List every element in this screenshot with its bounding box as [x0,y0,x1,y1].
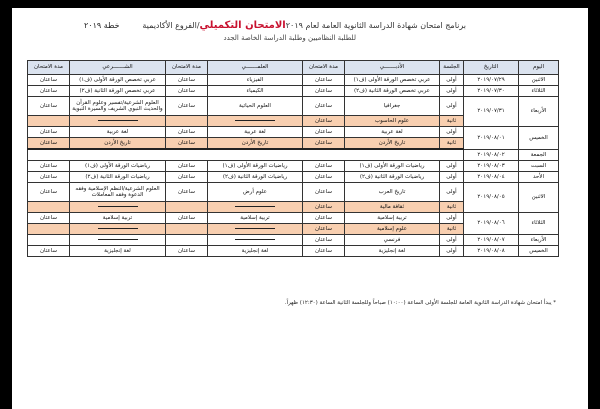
document-title: برنامج امتحان شهادة الدراسة الثانوية الع… [142,20,466,31]
cell-sharii: عربي تخصص الورقة الأولى (ف١) [70,75,166,86]
title-suffix: /الفروع الأكاديمية [142,21,199,30]
cell-sharii: العلوم الشرعية/النظم الإسلامية وفقه الدع… [70,183,166,202]
cell-session: أولى [440,246,464,257]
cell-ilmi-duration [166,224,208,235]
col-sharii-duration: مدة الامتحان [28,61,70,75]
col-adabi-duration: مدة الامتحان [303,61,345,75]
cell-session: أولى [440,235,464,246]
cell-ilmi: رياضيات الورقة الثانية (ف٢) [208,172,303,183]
cell-session: أولى [440,213,464,224]
cell-adabi-duration: ساعتان [303,235,345,246]
cell-sharii-duration: ساعتان [28,97,70,116]
footnote: * يبدأ امتحان شهادة الدراسة الثانوية الع… [285,300,556,306]
cell-sharii: تربية إسلامية [70,213,166,224]
cell-sharii-duration [28,224,70,235]
cell-ilmi-duration: ساعتان [166,246,208,257]
cell-ilmi-duration: ساعتان [166,127,208,138]
dash-placeholder [235,206,275,207]
cell-sharii-duration: ساعتان [28,138,70,150]
cell-adabi-duration: ساعتان [303,138,345,150]
cell-sharii-empty [70,235,166,246]
cell-ilmi-duration: ساعتان [166,161,208,172]
cell-adabi-duration: ساعتان [303,127,345,138]
cell-sharii-duration: ساعتان [28,127,70,138]
cell-date: ٢٠١٩/٠٧/٣٠ [464,86,519,97]
cell-adabi: علوم إسلامية [345,224,440,235]
cell-ilmi: علوم أرض [208,183,303,202]
cell-date: ٢٠١٩/٠٨/٠٣ [464,161,519,172]
cell-adabi: لغة عربية [345,127,440,138]
dash-placeholder [235,120,275,121]
cell-adabi: علوم الحاسوب [345,116,440,127]
cell-adabi-duration: ساعتان [303,161,345,172]
cell-adabi-duration: ساعتان [303,97,345,116]
cell-sharii-duration [28,116,70,127]
cell-session: ثانية [440,202,464,213]
table-row: الأربعاء ٢٠١٩/٠٨/٠٧ أولى فرنسي ساعتان [28,235,559,246]
cell-sharii-empty [70,224,166,235]
cell-sharii-duration [28,235,70,246]
cell-sharii: لغة عربية [70,127,166,138]
cell-sharii-duration: ساعتان [28,246,70,257]
title-prefix: برنامج امتحان شهادة الدراسة الثانوية الع… [286,21,466,30]
cell-session: أولى [440,97,464,116]
table-row: الثلاثاء ٢٠١٩/٠٧/٣٠ أولى عربي تخصص الورق… [28,86,559,97]
cell-adabi-duration: ساعتان [303,172,345,183]
cell-ilmi-duration: ساعتان [166,138,208,150]
cell-adabi: تاريخ العرب [345,183,440,202]
cell-day: الخميس [519,246,559,257]
cell-adabi-duration: ساعتان [303,224,345,235]
table-row: الأربعاء ٢٠١٩/٠٧/٣١ أولى جغرافيا ساعتان … [28,97,559,116]
cell-adabi-duration: ساعتان [303,202,345,213]
cell-adabi-duration: ساعتان [303,116,345,127]
cell-date: ٢٠١٩/٠٨/٠٨ [464,246,519,257]
cell-ilmi-duration [166,235,208,246]
cell-sharii: تاريخ الأردن [70,138,166,150]
cell-day: الثلاثاء [519,86,559,97]
cell-ilmi-duration [166,116,208,127]
cell-sharii: عربي تخصص الورقة الثانية (ف٢) [70,86,166,97]
dash-placeholder [235,228,275,229]
cell-ilmi-duration [166,202,208,213]
dash-placeholder [235,239,275,240]
cell-ilmi-empty [208,116,303,127]
col-session: الجلسة [440,61,464,75]
cell-date: ٢٠١٩/٠٨/٠٦ [464,213,519,235]
cell-date: ٢٠١٩/٠٨/٠٧ [464,235,519,246]
cell-adabi-duration: ساعتان [303,246,345,257]
table-row: الخميس ٢٠١٩/٠٨/٠١ أولى لغة عربية ساعتان … [28,127,559,138]
cell-session: أولى [440,183,464,202]
cell-session: أولى [440,161,464,172]
cell-session: أولى [440,127,464,138]
col-day: اليوم [519,61,559,75]
cell-adabi: رياضيات الورقة الثانية (ف٢) [345,172,440,183]
table-row: الخميس ٢٠١٩/٠٨/٠٨ أولى لغة إنجليزية ساعت… [28,246,559,257]
cell-ilmi: العلوم الحياتية [208,97,303,116]
cell-sharii-duration [28,202,70,213]
cell-day: الأربعاء [519,235,559,246]
cell-adabi: رياضيات الورقة الأولى (ف١) [345,161,440,172]
cell-adabi: عربي تخصص الورقة الثانية (ف٢) [345,86,440,97]
cell-sharii: لغة إنجليزية [70,246,166,257]
cell-sharii: رياضيات الورقة الثانية (ف٢) [70,172,166,183]
cell-date: ٢٠١٩/٠٨/٠٤ [464,172,519,183]
cell-ilmi-empty [208,224,303,235]
title-highlight: الامتحان التكميلي [200,20,286,31]
cell-adabi-duration: ساعتان [303,183,345,202]
cell-ilmi-duration: ساعتان [166,75,208,86]
dash-placeholder [98,228,138,229]
col-ilmi-duration: مدة الامتحان [166,61,208,75]
dash-placeholder [98,120,138,121]
document-subtitle: للطلبة النظاميين وطلبة الدراسة الخاصة ال… [223,34,356,42]
col-date: التاريخ [464,61,519,75]
document-page: برنامج امتحان شهادة الدراسة الثانوية الع… [12,8,588,409]
cell-sharii-duration: ساعتان [28,213,70,224]
cell-session: أولى [440,75,464,86]
cell-date: ٢٠١٩/٠٨/٠١ [464,127,519,150]
cell-sharii-duration: ساعتان [28,183,70,202]
cell-session: ثانية [440,116,464,127]
cell-sharii-empty [70,202,166,213]
cell-day: الاثنين [519,183,559,213]
cell-session: أولى [440,86,464,97]
table-row-holiday: الجمعة ٢٠١٩/٠٨/٠٢ [28,149,559,161]
cell-session: ثانية [440,224,464,235]
cell-sharii: العلوم الشرعية/تفسير وعلوم القرآن والحدي… [70,97,166,116]
cell-sharii-duration: ساعتان [28,86,70,97]
col-ilmi: العلمـــــــي [208,61,303,75]
cell-ilmi-duration: ساعتان [166,97,208,116]
cell-ilmi: لغة إنجليزية [208,246,303,257]
dash-placeholder [98,206,138,207]
dash-placeholder [98,239,138,240]
cell-adabi: تربية إسلامية [345,213,440,224]
cell-sharii: رياضيات الورقة الأولى (ف١) [70,161,166,172]
cell-sharii-duration: ساعتان [28,75,70,86]
table-header-row: اليوم التاريخ الجلسة الأدبـــــــي مدة ا… [28,61,559,75]
col-sharii: الشـــــــرعي [70,61,166,75]
exam-schedule-table: اليوم التاريخ الجلسة الأدبـــــــي مدة ا… [27,60,559,257]
cell-adabi-duration: ساعتان [303,75,345,86]
cell-date: ٢٠١٩/٠٨/٠٥ [464,183,519,213]
cell-date: ٢٠١٩/٠٧/٣١ [464,97,519,127]
cell-ilmi: تربية إسلامية [208,213,303,224]
table-row: الاثنين ٢٠١٩/٠٨/٠٥ أولى تاريخ العرب ساعت… [28,183,559,202]
table-row: السبت ٢٠١٩/٠٨/٠٣ أولى رياضيات الورقة الأ… [28,161,559,172]
cell-session: أولى [440,172,464,183]
cell-ilmi: الكيمياء [208,86,303,97]
cell-ilmi-empty [208,235,303,246]
cell-adabi: تاريخ الأردن [345,138,440,150]
cell-ilmi: رياضيات الورقة الأولى (ف١) [208,161,303,172]
cell-ilmi-empty [208,202,303,213]
cell-ilmi: لغة عربية [208,127,303,138]
cell-adabi: فرنسي [345,235,440,246]
cell-day: الخميس [519,127,559,150]
cell-day: الجمعة [519,149,559,161]
cell-adabi-duration: ساعتان [303,86,345,97]
table-row: الثلاثاء ٢٠١٩/٠٨/٠٦ أولى تربية إسلامية س… [28,213,559,224]
cell-day: الأحد [519,172,559,183]
cell-session: ثانية [440,138,464,150]
cell-adabi: ثقافة مالية [345,202,440,213]
cell-holiday-blank [28,149,464,161]
cell-sharii-empty [70,116,166,127]
cell-sharii-duration: ساعتان [28,172,70,183]
cell-day: الثلاثاء [519,213,559,235]
table-row: الأحد ٢٠١٩/٠٨/٠٤ أولى رياضيات الورقة الث… [28,172,559,183]
cell-adabi-duration: ساعتان [303,213,345,224]
cell-ilmi-duration: ساعتان [166,213,208,224]
table-row: الاثنين ٢٠١٩/٠٧/٢٩ أولى عربي تخصص الورقة… [28,75,559,86]
cell-date: ٢٠١٩/٠٨/٠٢ [464,149,519,161]
plan-label: خطة ٢٠١٩ [84,21,120,30]
cell-day: الاثنين [519,75,559,86]
cell-ilmi: تاريخ الأردن [208,138,303,150]
cell-date: ٢٠١٩/٠٧/٢٩ [464,75,519,86]
cell-day: السبت [519,161,559,172]
cell-day: الأربعاء [519,97,559,127]
cell-ilmi-duration: ساعتان [166,183,208,202]
cell-ilmi-duration: ساعتان [166,86,208,97]
cell-adabi: جغرافيا [345,97,440,116]
cell-ilmi: الفيزياء [208,75,303,86]
col-adabi: الأدبـــــــي [345,61,440,75]
cell-adabi: لغة إنجليزية [345,246,440,257]
cell-ilmi-duration: ساعتان [166,172,208,183]
cell-sharii-duration: ساعتان [28,161,70,172]
cell-adabi: عربي تخصص الورقة الأولى (ف١) [345,75,440,86]
